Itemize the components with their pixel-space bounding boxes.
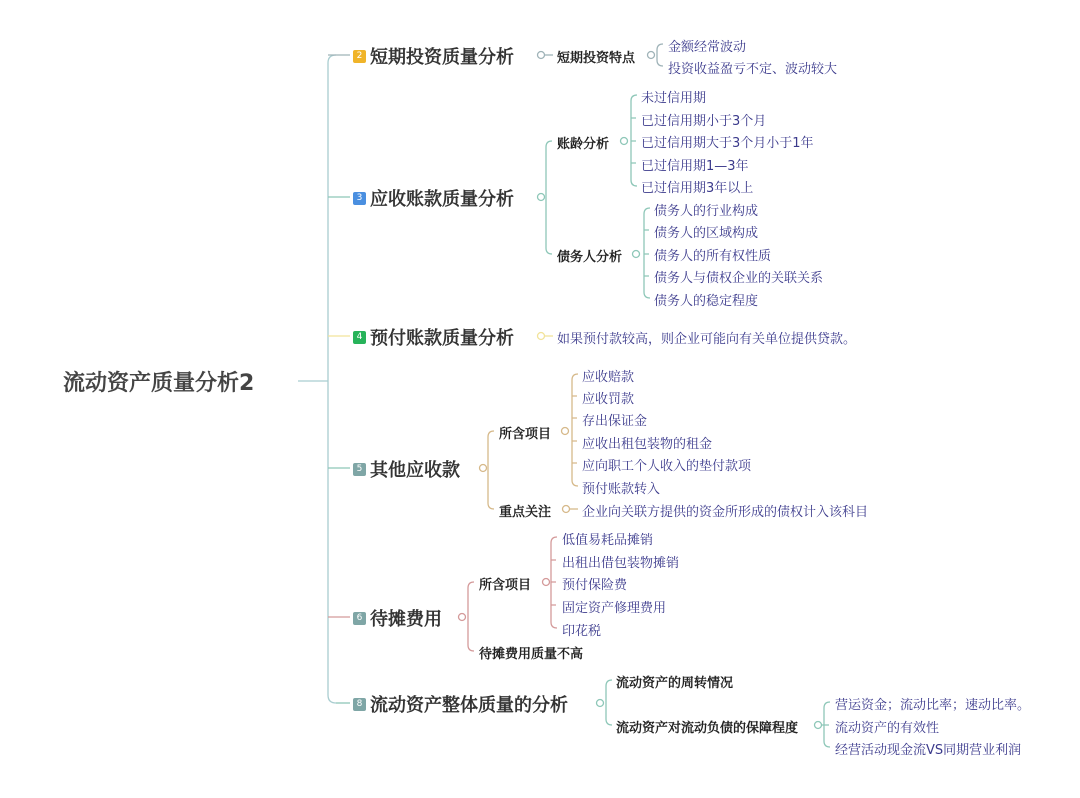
priority-badge-icon: 4	[353, 331, 366, 344]
connector-lines	[0, 0, 1080, 798]
branch-label: 应收账款质量分析	[370, 185, 514, 211]
subtopic[interactable]: 重点关注	[499, 501, 551, 520]
leaf-item[interactable]: 预付保险费	[562, 574, 627, 593]
leaf-item[interactable]: 投资收益盈亏不定、波动较大	[668, 58, 837, 77]
subtopic[interactable]: 债务人分析	[557, 246, 622, 265]
branch-deferred-expenses[interactable]: 6 待摊费用	[353, 605, 442, 631]
priority-badge-icon: 5	[353, 463, 366, 476]
leaf-item[interactable]: 应向职工个人收入的垫付款项	[582, 455, 751, 474]
leaf-item[interactable]: 企业向关联方提供的资金所形成的债权计入该科目	[582, 501, 868, 520]
subtopic[interactable]: 所含项目	[479, 574, 531, 593]
leaf-item[interactable]: 应收出租包装物的租金	[582, 433, 712, 452]
leaf-item[interactable]: 债务人与债权企业的关联关系	[654, 267, 823, 286]
leaf-item[interactable]: 债务人的所有权性质	[654, 245, 771, 264]
subtopic[interactable]: 账龄分析	[557, 133, 609, 152]
subtopic[interactable]: 所含项目	[499, 423, 551, 442]
leaf-item[interactable]: 已过信用期小于3个月	[641, 110, 766, 129]
leaf-item[interactable]: 流动资产的有效性	[835, 717, 939, 736]
leaf-item[interactable]: 固定资产修理费用	[562, 597, 666, 616]
branch-other-receivables[interactable]: 5 其他应收款	[353, 456, 460, 482]
root-topic: 流动资产质量分析2	[63, 366, 254, 397]
leaf-item[interactable]: 印花税	[562, 620, 601, 639]
leaf-item[interactable]: 存出保证金	[582, 410, 647, 429]
branch-label: 其他应收款	[370, 456, 460, 482]
branch-receivables[interactable]: 3 应收账款质量分析	[353, 185, 514, 211]
subtopic[interactable]: 短期投资特点	[557, 47, 635, 66]
leaf-item[interactable]: 经营活动现金流VS同期营业利润	[835, 739, 1021, 758]
subtopic[interactable]: 流动资产对流动负债的保障程度	[616, 717, 798, 736]
subtopic[interactable]: 流动资产的周转情况	[616, 672, 733, 691]
priority-badge-icon: 2	[353, 50, 366, 63]
branch-overall-quality[interactable]: 8 流动资产整体质量的分析	[353, 691, 568, 717]
subtopic[interactable]: 待摊费用质量不高	[479, 643, 583, 662]
leaf-item[interactable]: 金额经常波动	[668, 36, 746, 55]
branch-label: 预付账款质量分析	[370, 324, 514, 350]
branch-short-term-investment[interactable]: 2 短期投资质量分析	[353, 43, 514, 69]
branch-prepayments[interactable]: 4 预付账款质量分析	[353, 324, 514, 350]
leaf-item[interactable]: 已过信用期1—3年	[641, 155, 749, 174]
leaf-item[interactable]: 低值易耗品摊销	[562, 529, 653, 548]
leaf-item[interactable]: 债务人的稳定程度	[654, 290, 758, 309]
leaf-item[interactable]: 债务人的区域构成	[654, 222, 758, 241]
leaf-item[interactable]: 已过信用期3年以上	[641, 177, 753, 196]
leaf-item[interactable]: 营运资金；流动比率；速动比率。	[835, 694, 1030, 713]
leaf-item[interactable]: 债务人的行业构成	[654, 200, 758, 219]
leaf-item[interactable]: 未过信用期	[641, 87, 706, 106]
branch-note[interactable]: 如果预付款较高，则企业可能向有关单位提供贷款。	[557, 328, 856, 347]
branch-label: 流动资产整体质量的分析	[370, 691, 568, 717]
leaf-item[interactable]: 出租出借包装物摊销	[562, 552, 679, 571]
leaf-item[interactable]: 应收罚款	[582, 388, 634, 407]
branch-label: 待摊费用	[370, 605, 442, 631]
priority-badge-icon: 3	[353, 192, 366, 205]
priority-badge-icon: 6	[353, 612, 366, 625]
leaf-item[interactable]: 预付账款转入	[582, 478, 660, 497]
priority-badge-icon: 8	[353, 698, 366, 711]
leaf-item[interactable]: 应收赔款	[582, 366, 634, 385]
branch-label: 短期投资质量分析	[370, 43, 514, 69]
leaf-item[interactable]: 已过信用期大于3个月小于1年	[641, 132, 814, 151]
